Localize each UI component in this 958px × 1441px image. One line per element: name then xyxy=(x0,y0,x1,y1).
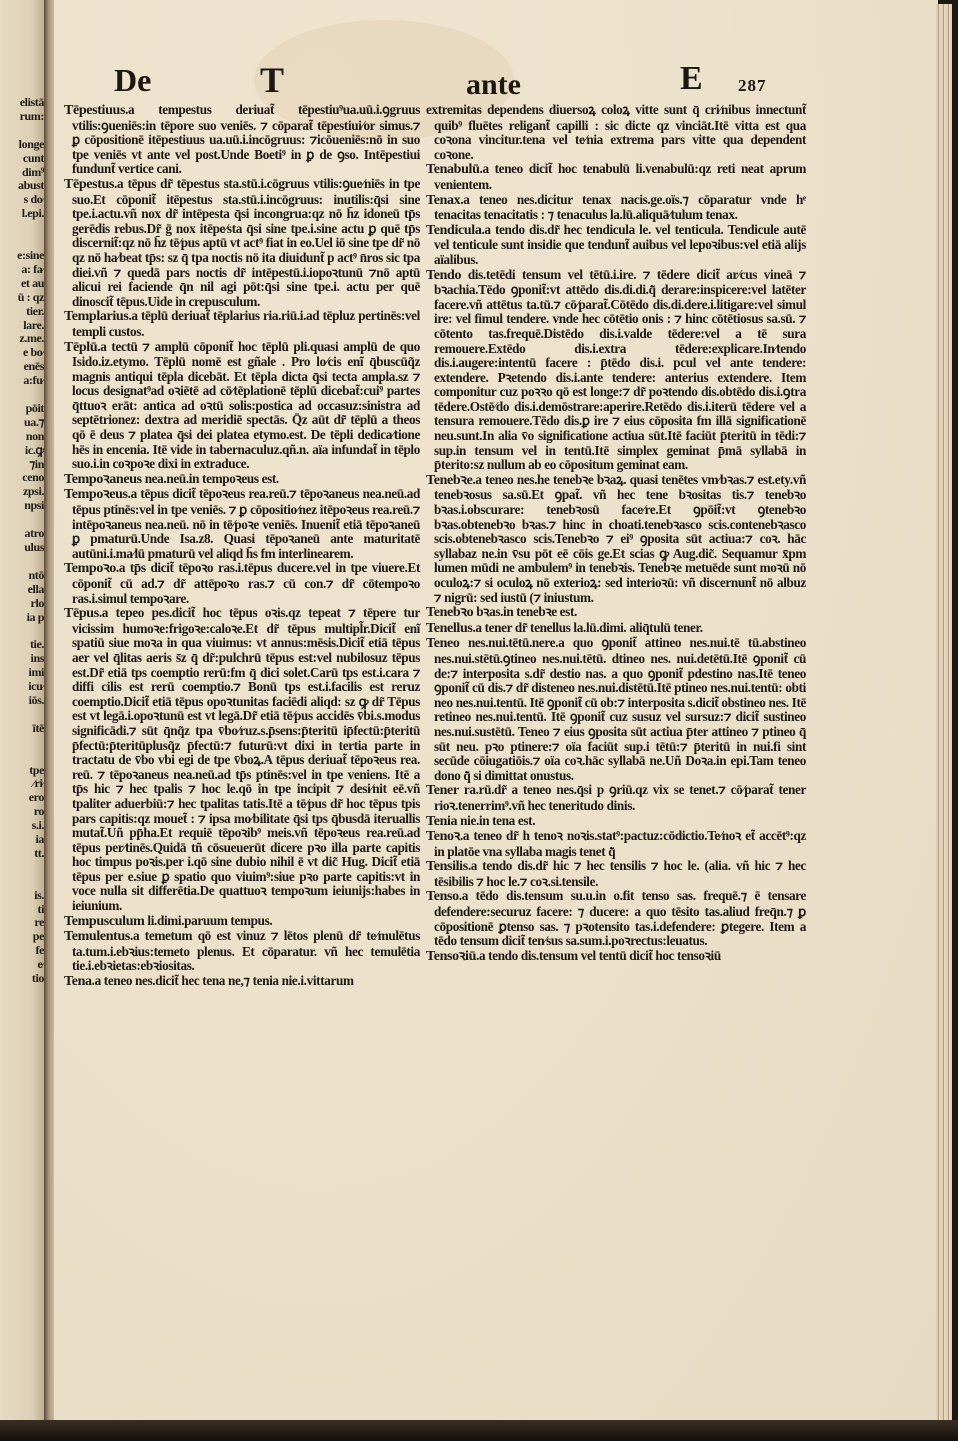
entry-headword: Tenoꝛ xyxy=(426,829,460,844)
previous-page-fragment: s do⁄ xyxy=(0,193,46,207)
previous-page-fragment: tio xyxy=(0,972,46,986)
entry-headword: Tenebꝛe xyxy=(426,473,472,488)
previous-page-fragment: rum: xyxy=(0,110,46,124)
previous-page-fragment: l.epi. xyxy=(0,207,46,221)
entry-headword: Tenia xyxy=(426,814,457,829)
previous-page-fragment xyxy=(0,124,46,138)
folio-number: 287 xyxy=(738,76,767,96)
entry-text: .a teneo nes.he tenebꝛe bꝛaꝝ. quasi tenē… xyxy=(434,472,806,605)
previous-page-fragment: ⁊in xyxy=(0,458,46,472)
previous-page-fragment xyxy=(0,513,46,527)
previous-page-fragment: e bo⁄ xyxy=(0,346,46,360)
previous-page-fragment: ia xyxy=(0,833,46,847)
dictionary-entry: Tendo dis.tetēdi tensum vel tētū.i.ire. … xyxy=(426,268,806,473)
entry-headword: Tener xyxy=(426,783,459,798)
right-column: extremitas dependens diuersoꝝ coloꝝ vitt… xyxy=(426,103,806,964)
previous-page-fragment: a:fu⁄ xyxy=(0,374,46,388)
previous-page-fragment xyxy=(0,750,46,764)
previous-page-fragment: ic.ꝙ xyxy=(0,444,46,458)
entry-headword: Tenellus xyxy=(426,621,472,636)
dictionary-entry: Tensilis.a tendo dis.dr̃ hic ⁊ hec tensi… xyxy=(426,859,806,889)
entry-headword: Tena xyxy=(64,974,92,989)
entry-text: .a tendo dis.dr̃ hic ⁊ hec tensilis ⁊ ho… xyxy=(434,858,806,889)
previous-page-fragment: pōit xyxy=(0,402,46,416)
previous-page-fragment: ceno xyxy=(0,471,46,485)
running-header: De T ante E 287 xyxy=(0,64,958,104)
previous-page-fragment: ītē xyxy=(0,722,46,736)
dictionary-entry: Tēplū.a tectū ⁊ amplū cōponit̃ hoc tēplū… xyxy=(64,340,420,472)
previous-page-fragment: ia p xyxy=(0,611,46,625)
entry-headword: Tensoꝛiū xyxy=(426,949,476,964)
previous-page-fragment xyxy=(0,861,46,875)
dictionary-entry: Tensoꝛiū.a tendo dis.tensum vel tentū di… xyxy=(426,949,806,965)
previous-page-fragment: is. xyxy=(0,889,46,903)
previous-page-fragment: s.i. xyxy=(0,819,46,833)
dictionary-entry: Templarius.a tēplū deriuat̃ tēplarius ri… xyxy=(64,309,420,339)
previous-page-fragment: ins xyxy=(0,652,46,666)
entry-text: .a tendo dis.tensum vel tentū dicit̃ hoc… xyxy=(476,948,721,963)
dictionary-entry: Tenoꝛ.a teneo dr̃ h tenoꝛ noꝛis.stat⁹:pa… xyxy=(426,829,806,859)
dictionary-entry: Tena.a teneo nes.dicit̃ hec tena ne,⁊ te… xyxy=(64,974,420,990)
entry-headword: Tempusculum xyxy=(64,914,144,929)
previous-page-fragment: ntō xyxy=(0,569,46,583)
previous-page-fragment: icu⁄ xyxy=(0,680,46,694)
previous-page-fragment: npsi xyxy=(0,499,46,513)
entry-text: dis.tetēdi tensum vel tētū.i.ire. ⁊ tēde… xyxy=(434,267,806,473)
entry-text: nie.in tena est. xyxy=(457,813,535,828)
entry-text: .a tēpus dr̃ tēpestus sta.stū.i.cōgruus … xyxy=(72,176,420,309)
entry-headword: Tendo xyxy=(426,268,461,283)
previous-page-fragment: re xyxy=(0,916,46,930)
entry-text: .a teneo nes.dicit̃ hec tena ne,⁊ tenia … xyxy=(92,973,354,988)
previous-page-fragment: z.me. xyxy=(0,332,46,346)
dictionary-entry: Tempoꝛeus.a tēpus dicit̃ tēpoꝛeus rea.re… xyxy=(64,487,420,561)
dictionary-entry: Temulentus.a temetum qō est vinuz ⁊ lēto… xyxy=(64,929,420,974)
previous-page-fragment xyxy=(0,555,46,569)
previous-page-fragment: a: fa⁄ xyxy=(0,263,46,277)
previous-page-fragment: longe xyxy=(0,138,46,152)
dictionary-entry: Tēpestus.a tēpus dr̃ tēpestus sta.stū.i.… xyxy=(64,177,420,309)
header-left-letter: T xyxy=(260,62,284,98)
previous-page-fragment: abust xyxy=(0,179,46,193)
entry-headword: Tēplū xyxy=(64,340,97,355)
entry-headword: Tēpestus xyxy=(64,177,114,192)
entry-text: .a tectū ⁊ amplū cōponit̃ hoc tēplū pli.… xyxy=(72,339,420,472)
previous-page-fragment: imi xyxy=(0,666,46,680)
dictionary-entry: Tendicula.a tendo dis.dr̃ hec tendicula … xyxy=(426,223,806,268)
header-right-letter: E xyxy=(680,62,703,96)
previous-page-fragment: pe xyxy=(0,930,46,944)
previous-page-fragment: ulus xyxy=(0,541,46,555)
entry-headword: Tempoꝛeus xyxy=(64,487,128,502)
previous-page-edge: elistārum: longecuntdim⁹abusts do⁄l.epi.… xyxy=(0,0,46,1420)
entry-headword: Templarius xyxy=(64,309,128,324)
previous-page-fragment xyxy=(0,235,46,249)
entry-text: .a tp̄s dicit̃ tēpoꝛo ras.i.tēpus ducere… xyxy=(72,560,420,605)
previous-page-fragment: iōs. xyxy=(0,694,46,708)
previous-page-fragment: fe xyxy=(0,944,46,958)
entry-text: .a tempestus deriuat̃ tēpestiu⁹ua.uū.i.ꝯ… xyxy=(72,102,420,176)
dictionary-entry: Tener ra.rū.dr̃ a teneo nes.q̄si p ꝯriū.… xyxy=(426,783,806,813)
page-stack-edge xyxy=(936,4,952,1428)
previous-page-fragment: rlo xyxy=(0,597,46,611)
entry-text: .a tener dr̃ tenellus la.lū.dimi. aliq̄t… xyxy=(472,620,702,635)
previous-page-fragment: non xyxy=(0,430,46,444)
previous-page-fragment: ero xyxy=(0,791,46,805)
entry-headword: Tenso xyxy=(426,889,459,904)
entry-text: .a teneo dr̃ h tenoꝛ noꝛis.stat⁹:pactuz:… xyxy=(434,828,806,859)
dictionary-entry: Tenia nie.in tena est. xyxy=(426,814,806,830)
dictionary-entry: Tenebꝛe.a teneo nes.he tenebꝛe bꝛaꝝ. qua… xyxy=(426,473,806,605)
previous-page-fragment xyxy=(0,221,46,235)
previous-page-fragment: e:sine xyxy=(0,249,46,263)
entry-text: .a tepeo pes.dicit̃ hoc tēpus oꝛis.qz te… xyxy=(72,605,420,913)
previous-page-fragment: dim⁹ xyxy=(0,166,46,180)
entry-text: .a teneo nes.dicitur tenax nacis.ge.oïs.… xyxy=(434,192,806,223)
previous-page-fragment: ū : qz xyxy=(0,291,46,305)
book-scan: elistārum: longecuntdim⁹abusts do⁄l.epi.… xyxy=(0,0,958,1441)
previous-page-fragment: ⁄ri⁄ xyxy=(0,777,46,791)
previous-page-fragment xyxy=(0,736,46,750)
bottom-edge-shadow xyxy=(0,1420,958,1441)
previous-page-fragment xyxy=(0,708,46,722)
entry-headword: Tempoꝛaneus xyxy=(64,472,142,487)
previous-page-fragment: enēs xyxy=(0,360,46,374)
entry-headword: Tempoꝛo xyxy=(64,561,116,576)
previous-page-fragment xyxy=(0,624,46,638)
previous-page-fragment: e⁄ xyxy=(0,958,46,972)
previous-page-fragment xyxy=(0,388,46,402)
entry-headword: Tēpus xyxy=(64,606,99,621)
previous-page-fragment: cunt xyxy=(0,152,46,166)
dictionary-entry: Teneo nes.nui.tētū.nere.a quo ꝯponit̃ at… xyxy=(426,636,806,783)
dictionary-entry: Tempusculum li.dimi.paruum tempus. xyxy=(64,914,420,930)
previous-page-fragment: tpe xyxy=(0,764,46,778)
dictionary-entry: Tenabulū.a teneo dicit̃ hoc tenabulū li.… xyxy=(426,162,806,192)
dictionary-entry: Tenso.a tēdo dis.tensum su.u.in o.fit te… xyxy=(426,889,806,948)
entry-text: extremitas dependens diuersoꝝ coloꝝ vitt… xyxy=(426,102,806,162)
entry-text: nes.nui.tētū.nere.a quo ꝯponit̃ attineo … xyxy=(434,635,806,782)
dictionary-entry: Tenebꝛo bꝛas.in tenebꝛe est. xyxy=(426,605,806,621)
dictionary-entry: Tēpus.a tepeo pes.dicit̃ hoc tēpus oꝛis.… xyxy=(64,606,420,913)
previous-page-fragment: tier. xyxy=(0,305,46,319)
entry-text: .a tēdo dis.tensum su.u.in o.fit tenso s… xyxy=(434,888,806,948)
dictionary-entry: extremitas dependens diuersoꝝ coloꝝ vitt… xyxy=(426,103,806,162)
entry-text: .a tendo dis.dr̃ hec tendicula le. vel t… xyxy=(434,222,806,267)
previous-page-fragment: ua.⁊ xyxy=(0,416,46,430)
previous-page-fragment: ti xyxy=(0,903,46,917)
previous-page-fragment: lare. xyxy=(0,319,46,333)
previous-page-fragment: ro xyxy=(0,805,46,819)
entry-text: li.dimi.paruum tempus. xyxy=(144,913,272,928)
previous-page-fragment: tie. xyxy=(0,638,46,652)
header-right-word: ante xyxy=(466,70,521,100)
previous-page-fragment: atro xyxy=(0,527,46,541)
entry-headword: Temulentus xyxy=(64,929,130,944)
entry-headword: Tenabulū xyxy=(426,162,480,177)
previous-page-fragment: et au xyxy=(0,277,46,291)
entry-text: ra.rū.dr̃ a teneo nes.q̄si p ꝯriū.qz vix… xyxy=(434,782,806,813)
entry-headword: Tensilis xyxy=(426,859,468,874)
entry-text: nea.neū.in tempoꝛeus est. xyxy=(142,471,279,486)
previous-page-fragment xyxy=(0,875,46,889)
entry-headword: Tēpestiuus xyxy=(64,103,125,118)
entry-headword: Tenebꝛo xyxy=(426,605,473,620)
entry-headword: Tendicula xyxy=(426,223,481,238)
entry-text: .a teneo dicit̃ hoc tenabulū li.venabulū… xyxy=(434,161,806,192)
entry-text: bꝛas.in tenebꝛe est. xyxy=(473,604,577,619)
header-left-word: De xyxy=(114,64,151,96)
entry-headword: Teneo xyxy=(426,636,460,651)
dictionary-entry: Tēpestiuus.a tempestus deriuat̃ tēpestiu… xyxy=(64,103,420,177)
dictionary-entry: Tempoꝛo.a tp̄s dicit̃ tēpoꝛo ras.i.tēpus… xyxy=(64,561,420,606)
dictionary-entry: Tenax.a teneo nes.dicitur tenax nacis.ge… xyxy=(426,193,806,223)
previous-page-fragment: ella xyxy=(0,583,46,597)
previous-page-fragment: tt. xyxy=(0,847,46,861)
left-column: Tēpestiuus.a tempestus deriuat̃ tēpestiu… xyxy=(64,103,420,990)
dictionary-entry: Tempoꝛaneus nea.neū.in tempoꝛeus est. xyxy=(64,472,420,488)
dictionary-entry: Tenellus.a tener dr̃ tenellus la.lū.dimi… xyxy=(426,621,806,637)
previous-page-fragment: zpsi. xyxy=(0,485,46,499)
entry-headword: Tenax xyxy=(426,193,460,208)
